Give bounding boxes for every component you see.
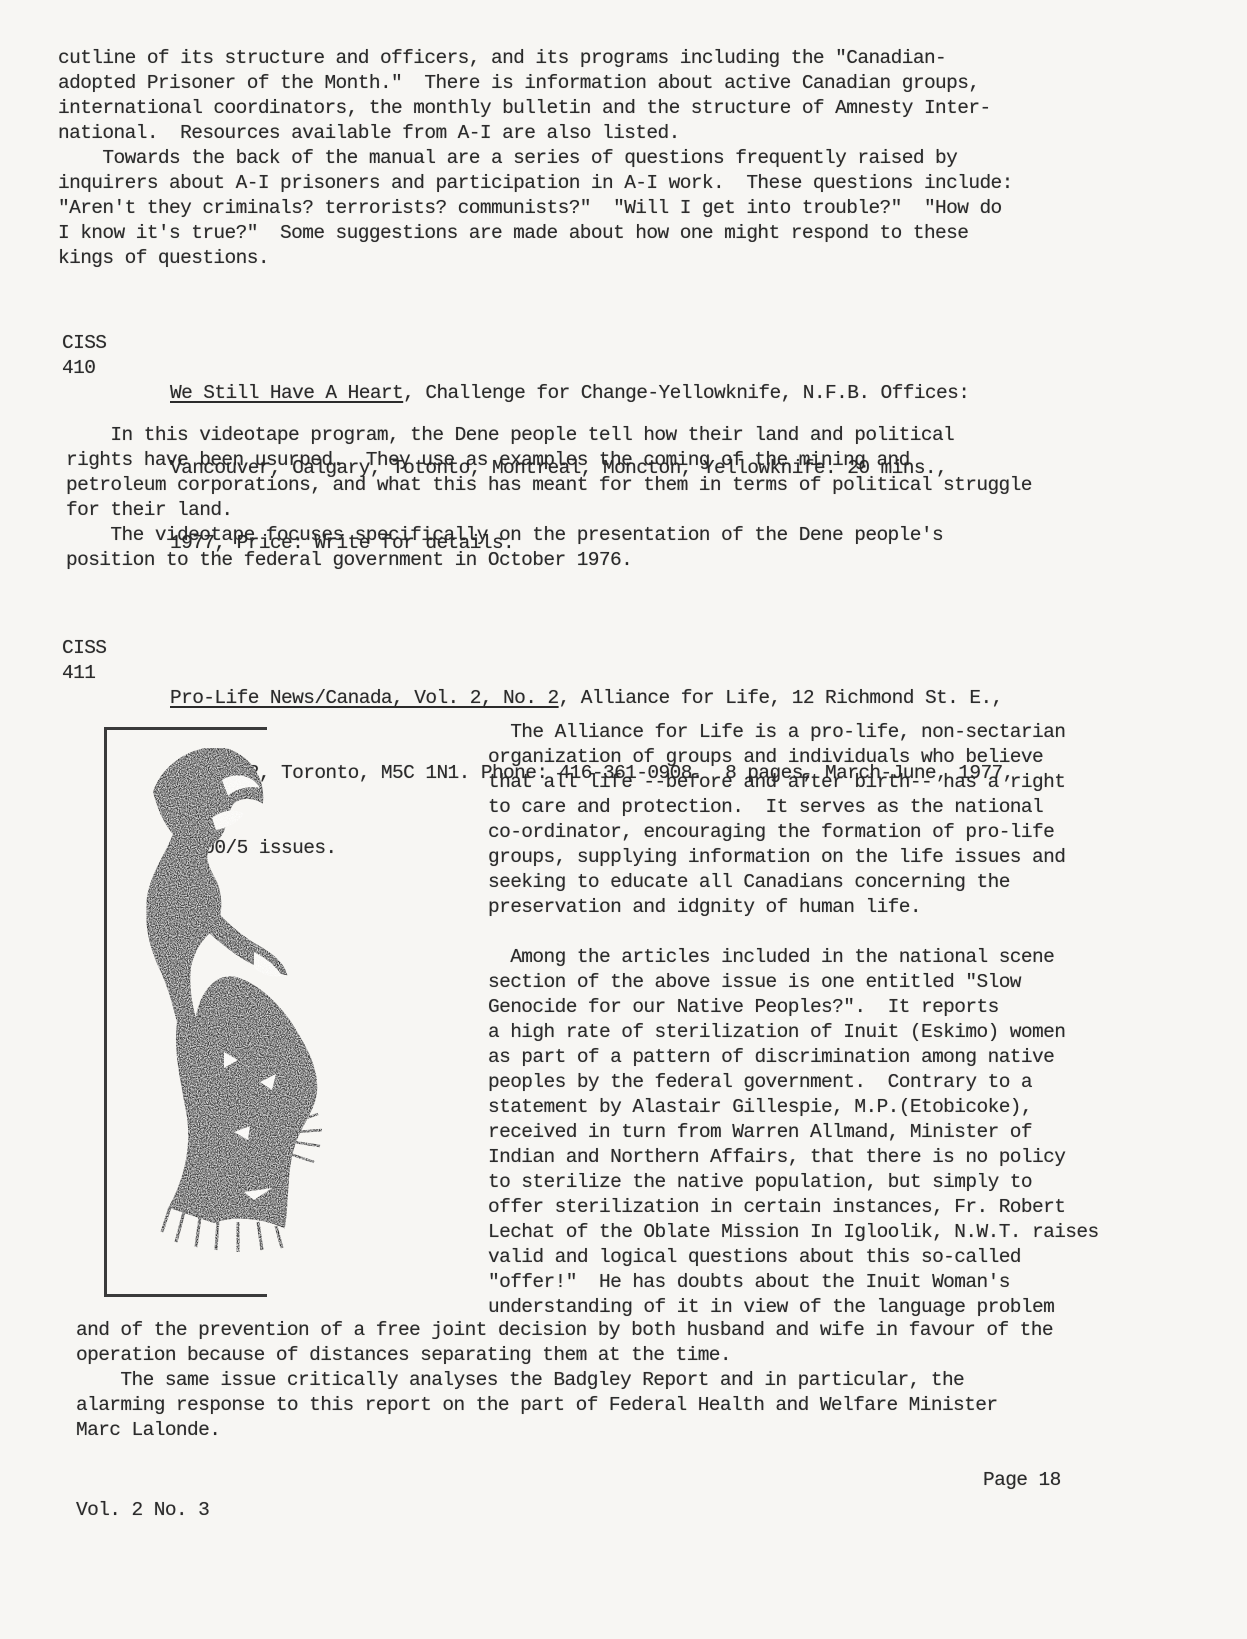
text-line: Marc Lalonde. bbox=[76, 1418, 1053, 1443]
text-line: offer sterilization in certain instances… bbox=[488, 1195, 1099, 1220]
text-line: to sterilize the native population, but … bbox=[488, 1170, 1099, 1195]
citation-line: , Challenge for Change-Yellowknife, N.F.… bbox=[403, 382, 969, 404]
text-line: statement by Alastair Gillespie, M.P.(Et… bbox=[488, 1095, 1099, 1120]
entry-410-title: We Still Have A Heart bbox=[170, 382, 403, 404]
text-line: cutline of its structure and officers, a… bbox=[58, 46, 1013, 71]
entry-411-code: CISS 411 bbox=[62, 636, 106, 686]
entry-411-description: and of the prevention of a free joint de… bbox=[76, 1318, 1053, 1443]
text-line: as part of a pattern of discrimination a… bbox=[488, 1045, 1099, 1070]
entry-410-code: CISS 410 bbox=[62, 331, 106, 381]
text-line: valid and logical questions about this s… bbox=[488, 1245, 1099, 1270]
text-line: petroleum corporations, and what this ha… bbox=[66, 473, 1032, 498]
text-line: peoples by the federal government. Contr… bbox=[488, 1070, 1099, 1095]
text-line: co-ordinator, encouraging the formation … bbox=[488, 820, 1099, 845]
entry-code: CISS bbox=[62, 331, 106, 356]
text-line: kings of questions. bbox=[58, 246, 1013, 271]
text-line: seeking to educate all Canadians concern… bbox=[488, 870, 1099, 895]
text-line: position to the federal government in Oc… bbox=[66, 548, 1032, 573]
entry-411-title: Pro-Life News/Canada, Vol. 2, No. 2 bbox=[170, 687, 559, 709]
pregnant-woman-illustration bbox=[104, 722, 404, 1302]
text-line: "Aren't they criminals? terrorists? comm… bbox=[58, 196, 1013, 221]
text-line: I know it's true?" Some suggestions are … bbox=[58, 221, 1013, 246]
entry-410-description: In this videotape program, the Dene peop… bbox=[66, 423, 1032, 573]
text-line: section of the above issue is one entitl… bbox=[488, 970, 1099, 995]
document-page: cutline of its structure and officers, a… bbox=[0, 0, 1247, 1639]
text-line: national. Resources available from A-I a… bbox=[58, 121, 1013, 146]
text-line: operation because of distances separatin… bbox=[76, 1343, 1053, 1368]
text-line: and of the prevention of a free joint de… bbox=[76, 1318, 1053, 1343]
entry-number: 411 bbox=[62, 661, 106, 686]
text-line: Towards the back of the manual are a ser… bbox=[58, 146, 1013, 171]
text-line: In this videotape program, the Dene peop… bbox=[66, 423, 1032, 448]
text-line: Among the articles included in the natio… bbox=[488, 945, 1099, 970]
text-line: groups, supplying information on the lif… bbox=[488, 845, 1099, 870]
text-line: adopted Prisoner of the Month." There is… bbox=[58, 71, 1013, 96]
entry-411-side-text: The Alliance for Life is a pro-life, non… bbox=[488, 720, 1099, 1320]
entry-number: 410 bbox=[62, 356, 106, 381]
text-line: The videotape focuses specifically on th… bbox=[66, 523, 1032, 548]
citation-line: , Alliance for Life, 12 Richmond St. E., bbox=[559, 687, 1003, 709]
intro-paragraph: cutline of its structure and officers, a… bbox=[58, 46, 1013, 271]
text-line: a high rate of sterilization of Inuit (E… bbox=[488, 1020, 1099, 1045]
text-line: Indian and Northern Affairs, that there … bbox=[488, 1145, 1099, 1170]
text-line: that all life --before and after birth--… bbox=[488, 770, 1099, 795]
text-line: inquirers about A-I prisoners and partic… bbox=[58, 171, 1013, 196]
text-line: Lechat of the Oblate Mission In Igloolik… bbox=[488, 1220, 1099, 1245]
text-line: to care and protection. It serves as the… bbox=[488, 795, 1099, 820]
text-line: rights have been usurped. They use as ex… bbox=[66, 448, 1032, 473]
text-line: The Alliance for Life is a pro-life, non… bbox=[488, 720, 1099, 745]
text-line: Genocide for our Native Peoples?". It re… bbox=[488, 995, 1099, 1020]
text-line bbox=[488, 920, 1099, 945]
text-line: organization of groups and individuals w… bbox=[488, 745, 1099, 770]
text-line: preservation and idgnity of human life. bbox=[488, 895, 1099, 920]
text-line: alarming response to this report on the … bbox=[76, 1393, 1053, 1418]
text-line: received in turn from Warren Allmand, Mi… bbox=[488, 1120, 1099, 1145]
text-line: international coordinators, the monthly … bbox=[58, 96, 1013, 121]
page-number: Page 18 bbox=[983, 1468, 1061, 1493]
entry-code: CISS bbox=[62, 636, 106, 661]
text-line: understanding of it in view of the langu… bbox=[488, 1295, 1099, 1320]
issue-label: Vol. 2 No. 3 bbox=[76, 1498, 209, 1523]
text-line: The same issue critically analyses the B… bbox=[76, 1368, 1053, 1393]
text-line: for their land. bbox=[66, 498, 1032, 523]
text-line: "offer!" He has doubts about the Inuit W… bbox=[488, 1270, 1099, 1295]
